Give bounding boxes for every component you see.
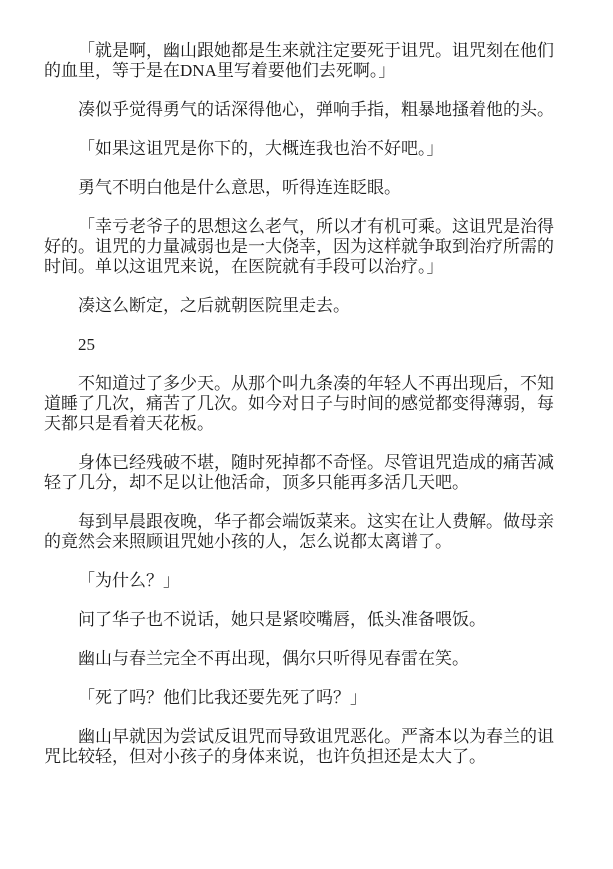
paragraph: 凑这么断定，之后就朝医院里走去。 (44, 296, 570, 316)
paragraph: 勇气不明白他是什么意思，听得连连眨眼。 (44, 178, 570, 198)
text-content: 「就是啊，幽山跟她都是生来就注定要死于诅咒。诅咒刻在他们的血里，等于是在DNA里… (44, 41, 570, 786)
paragraph: 幽山早就因为尝试反诅咒而导致诅咒恶化。严斋本以为春兰的诅咒比较轻，但对小孩子的身… (44, 727, 570, 767)
novel-page: 「就是啊，幽山跟她都是生来就注定要死于诅咒。诅咒刻在他们的血里，等于是在DNA里… (0, 0, 613, 869)
paragraph: 不知道过了多少天。从那个叫九条凑的年轻人不再出现后，不知道睡了几次，痛苦了几次。… (44, 374, 570, 434)
paragraph-dialogue: 「就是啊，幽山跟她都是生来就注定要死于诅咒。诅咒刻在他们的血里，等于是在DNA里… (44, 41, 570, 81)
paragraph: 身体已经残破不堪，随时死掉都不奇怪。尽管诅咒造成的痛苦减轻了几分，却不足以让他活… (44, 453, 570, 493)
paragraph: 凑似乎觉得勇气的话深得他心，弹响手指，粗暴地搔着他的头。 (44, 100, 570, 120)
paragraph: 幽山与春兰完全不再出现，偶尔只听得见春雷在笑。 (44, 649, 570, 669)
paragraph-dialogue: 「如果这诅咒是你下的，大概连我也治不好吧。」 (44, 139, 570, 159)
section-number: 25 (44, 335, 570, 355)
paragraph: 问了华子也不说话，她只是紧咬嘴唇，低头准备喂饭。 (44, 610, 570, 630)
paragraph-dialogue: 「幸亏老爷子的思想这么老气，所以才有机可乘。这诅咒是治得好的。诅咒的力量减弱也是… (44, 217, 570, 277)
paragraph-dialogue: 「为什么？」 (44, 571, 570, 591)
paragraph-dialogue: 「死了吗？他们比我还要先死了吗？」 (44, 688, 570, 708)
paragraph: 每到早晨跟夜晚，华子都会端饭菜来。这实在让人费解。做母亲的竟然会来照顾诅咒她小孩… (44, 512, 570, 552)
